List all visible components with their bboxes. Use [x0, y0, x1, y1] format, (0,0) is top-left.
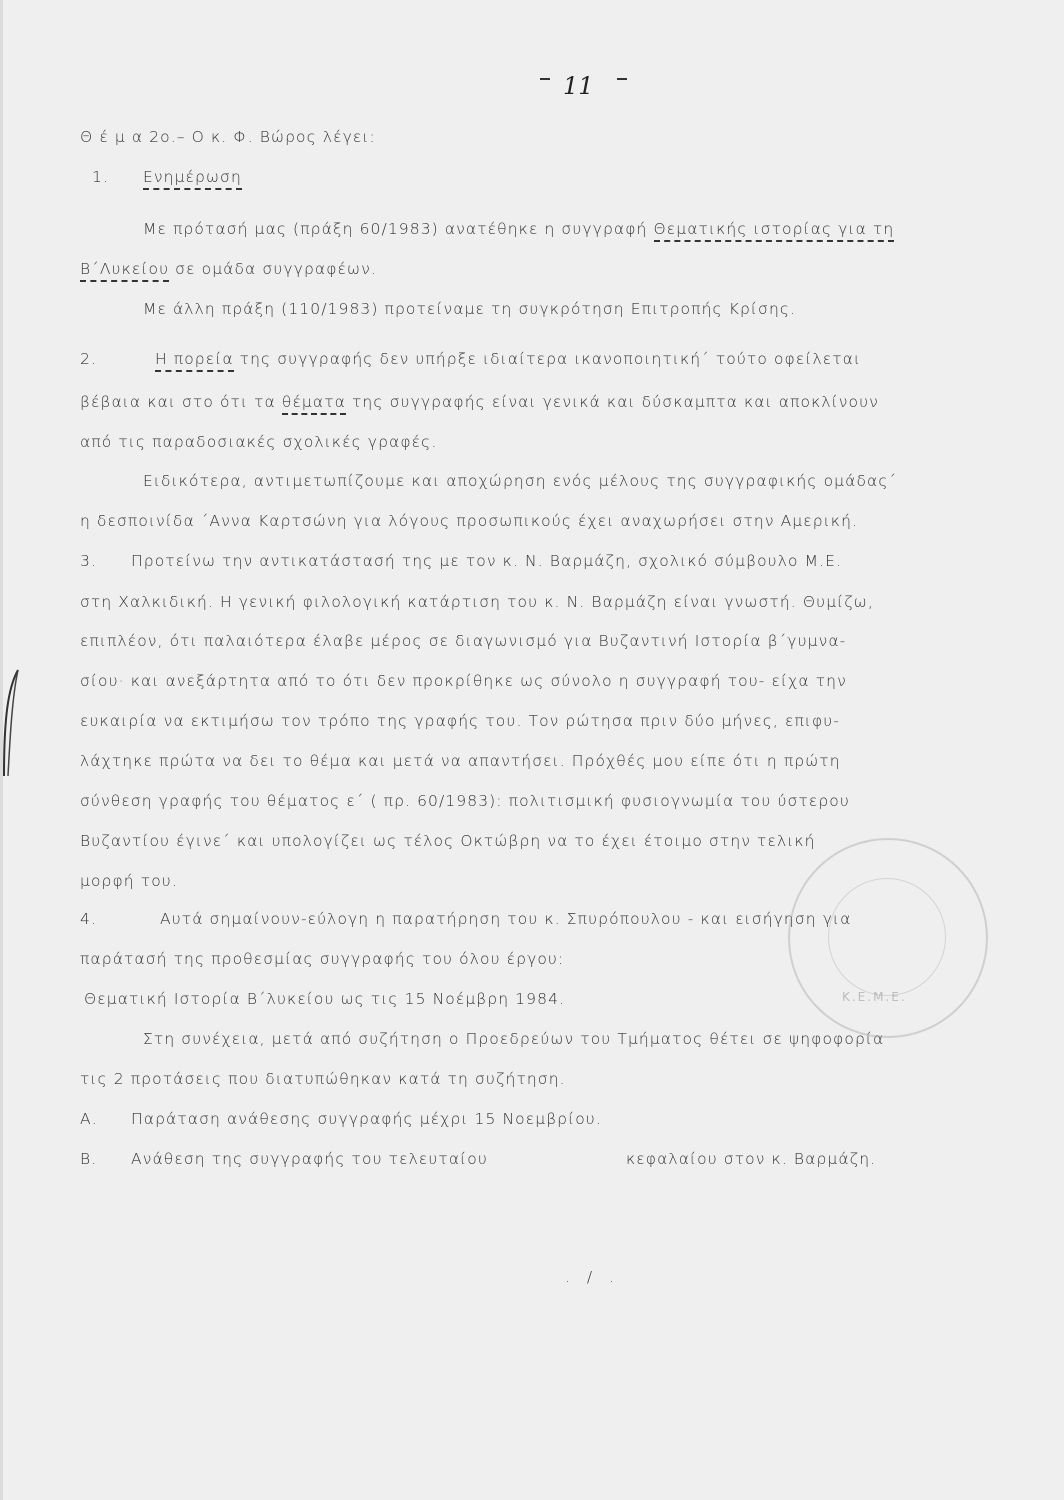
s3-line-3: επιπλέον, ότι παλαιότερα έλαβε μέρος σε … [80, 632, 846, 650]
s2-line-2: βέβαια και στο ότι τα θέματα της συγγραφ… [80, 393, 879, 411]
s3-line-8: Βυζαντίου έγινε΄ και υπολογίζει ως τέλος… [80, 832, 816, 850]
section-4-number: 4. [80, 910, 97, 928]
s3-line-9: μορφή του. [80, 872, 178, 890]
option-b-text-a: Ανάθεση της συγγραφής του τελευταίου [131, 1150, 488, 1168]
page-number-dash-right [617, 78, 627, 80]
page-edge [0, 0, 3, 1500]
option-b-label: Β. [80, 1150, 97, 1168]
option-a-text: Παράταση ανάθεσης συγγραφής μέχρι 15 Νοε… [131, 1110, 602, 1128]
s2-line-3: από τις παραδοσιακές σχολικές γραφές. [80, 433, 437, 451]
option-a-label: Α. [80, 1110, 98, 1128]
s1-line-2-text: σε ομάδα συγγραφέων. [169, 260, 377, 278]
closing-line-2: τις 2 προτάσεις που διατυπώθηκαν κατά τη… [80, 1070, 566, 1088]
section-1-number: 1. [92, 168, 109, 186]
s2-underlined-course: Η πορεία [155, 350, 234, 372]
s2-line-1: Η πορεία της συγγραφής δεν υπήρξε ιδιαίτ… [155, 350, 861, 368]
s2-line-4: Ειδικότερα, αντιμετωπίζουμε και αποχώρησ… [143, 472, 897, 490]
document-page: 11 Θ έ μ α 2ο.– Ο κ. Φ. Βώρος λέγει: 1. … [0, 0, 1064, 1500]
s3-line-2: στη Χαλκιδική. Η γενική φιλολογική κατάρ… [80, 593, 874, 611]
option-b-text-b: κεφαλαίου στον κ. Βαρμάζη. [626, 1150, 876, 1168]
continuation-mark: . / . [565, 1268, 620, 1286]
page-number-dash-left [540, 78, 550, 80]
section-2-number: 2. [80, 350, 97, 368]
page-number: 11 [563, 72, 594, 100]
official-stamp: Κ.Ε.Μ.Ε. [788, 838, 988, 1038]
s1-line-2: Β΄Λυκείου σε ομάδα συγγραφέων. [80, 260, 377, 278]
s3-line-1: Προτείνω την αντικατάστασή της με τον κ.… [131, 552, 842, 570]
s1-line-1-text: Με πρότασή μας (πράξη 60/1983) ανατέθηκε… [143, 220, 654, 238]
section-3-number: 3. [80, 552, 97, 570]
section-1-title-text: Ενημέρωση [143, 168, 242, 190]
s2-underlined-topics: θέματα [282, 393, 346, 415]
s3-line-4: σίου· και ανεξάρτητα από το ότι δεν προκ… [80, 672, 847, 690]
s1-line-3: Με άλλη πράξη (110/1983) προτείναμε τη σ… [143, 300, 796, 318]
section-1-title: Ενημέρωση [143, 168, 242, 186]
closing-line-1: Στη συνέχεια, μετά από συζήτηση ο Προεδρ… [143, 1030, 884, 1048]
stamp-abbr: Κ.Ε.Μ.Ε. [842, 990, 907, 1004]
s4-line-2: παράτασή της προθεσμίας συγγραφής του όλ… [80, 950, 564, 968]
topic-heading: Θ έ μ α 2ο.– Ο κ. Φ. Βώρος λέγει: [80, 128, 376, 146]
s2-line-5: η δεσποινίδα ΄Αννα Καρτσώνη για λόγους π… [80, 512, 858, 530]
s3-line-5: ευκαιρία να εκτιμήσω τον τρόπο της γραφή… [80, 712, 840, 730]
s2-line-2-text-a: βέβαια και στο ότι τα [80, 393, 282, 411]
s1-underlined-subject: Θεματικής ιστορίας για τη [654, 220, 895, 242]
s2-line-1-text: της συγγραφής δεν υπήρξε ιδιαίτερα ικανο… [234, 350, 861, 368]
s4-line-3: Θεματική Ιστορία Β΄λυκείου ως τις 15 Νοέ… [84, 990, 565, 1008]
s4-line-1: Αυτά σημαίνουν-εύλογη η παρατήρηση του κ… [160, 910, 851, 928]
stamp-inner-ring [828, 878, 946, 996]
s3-line-6: λάχτηκε πρώτα να δει το θέμα και μετά να… [80, 752, 841, 770]
s1-line-1: Με πρότασή μας (πράξη 60/1983) ανατέθηκε… [143, 220, 894, 238]
margin-handwritten-mark-icon [0, 668, 22, 778]
s1-underlined-grade: Β΄Λυκείου [80, 260, 169, 282]
s3-line-7: σύνθεση γραφής του θέματος ε΄ ( πρ. 60/1… [80, 792, 850, 810]
s2-line-2-text-c: της συγγραφής είναι γενικά και δύσκαμπτα… [346, 393, 879, 411]
